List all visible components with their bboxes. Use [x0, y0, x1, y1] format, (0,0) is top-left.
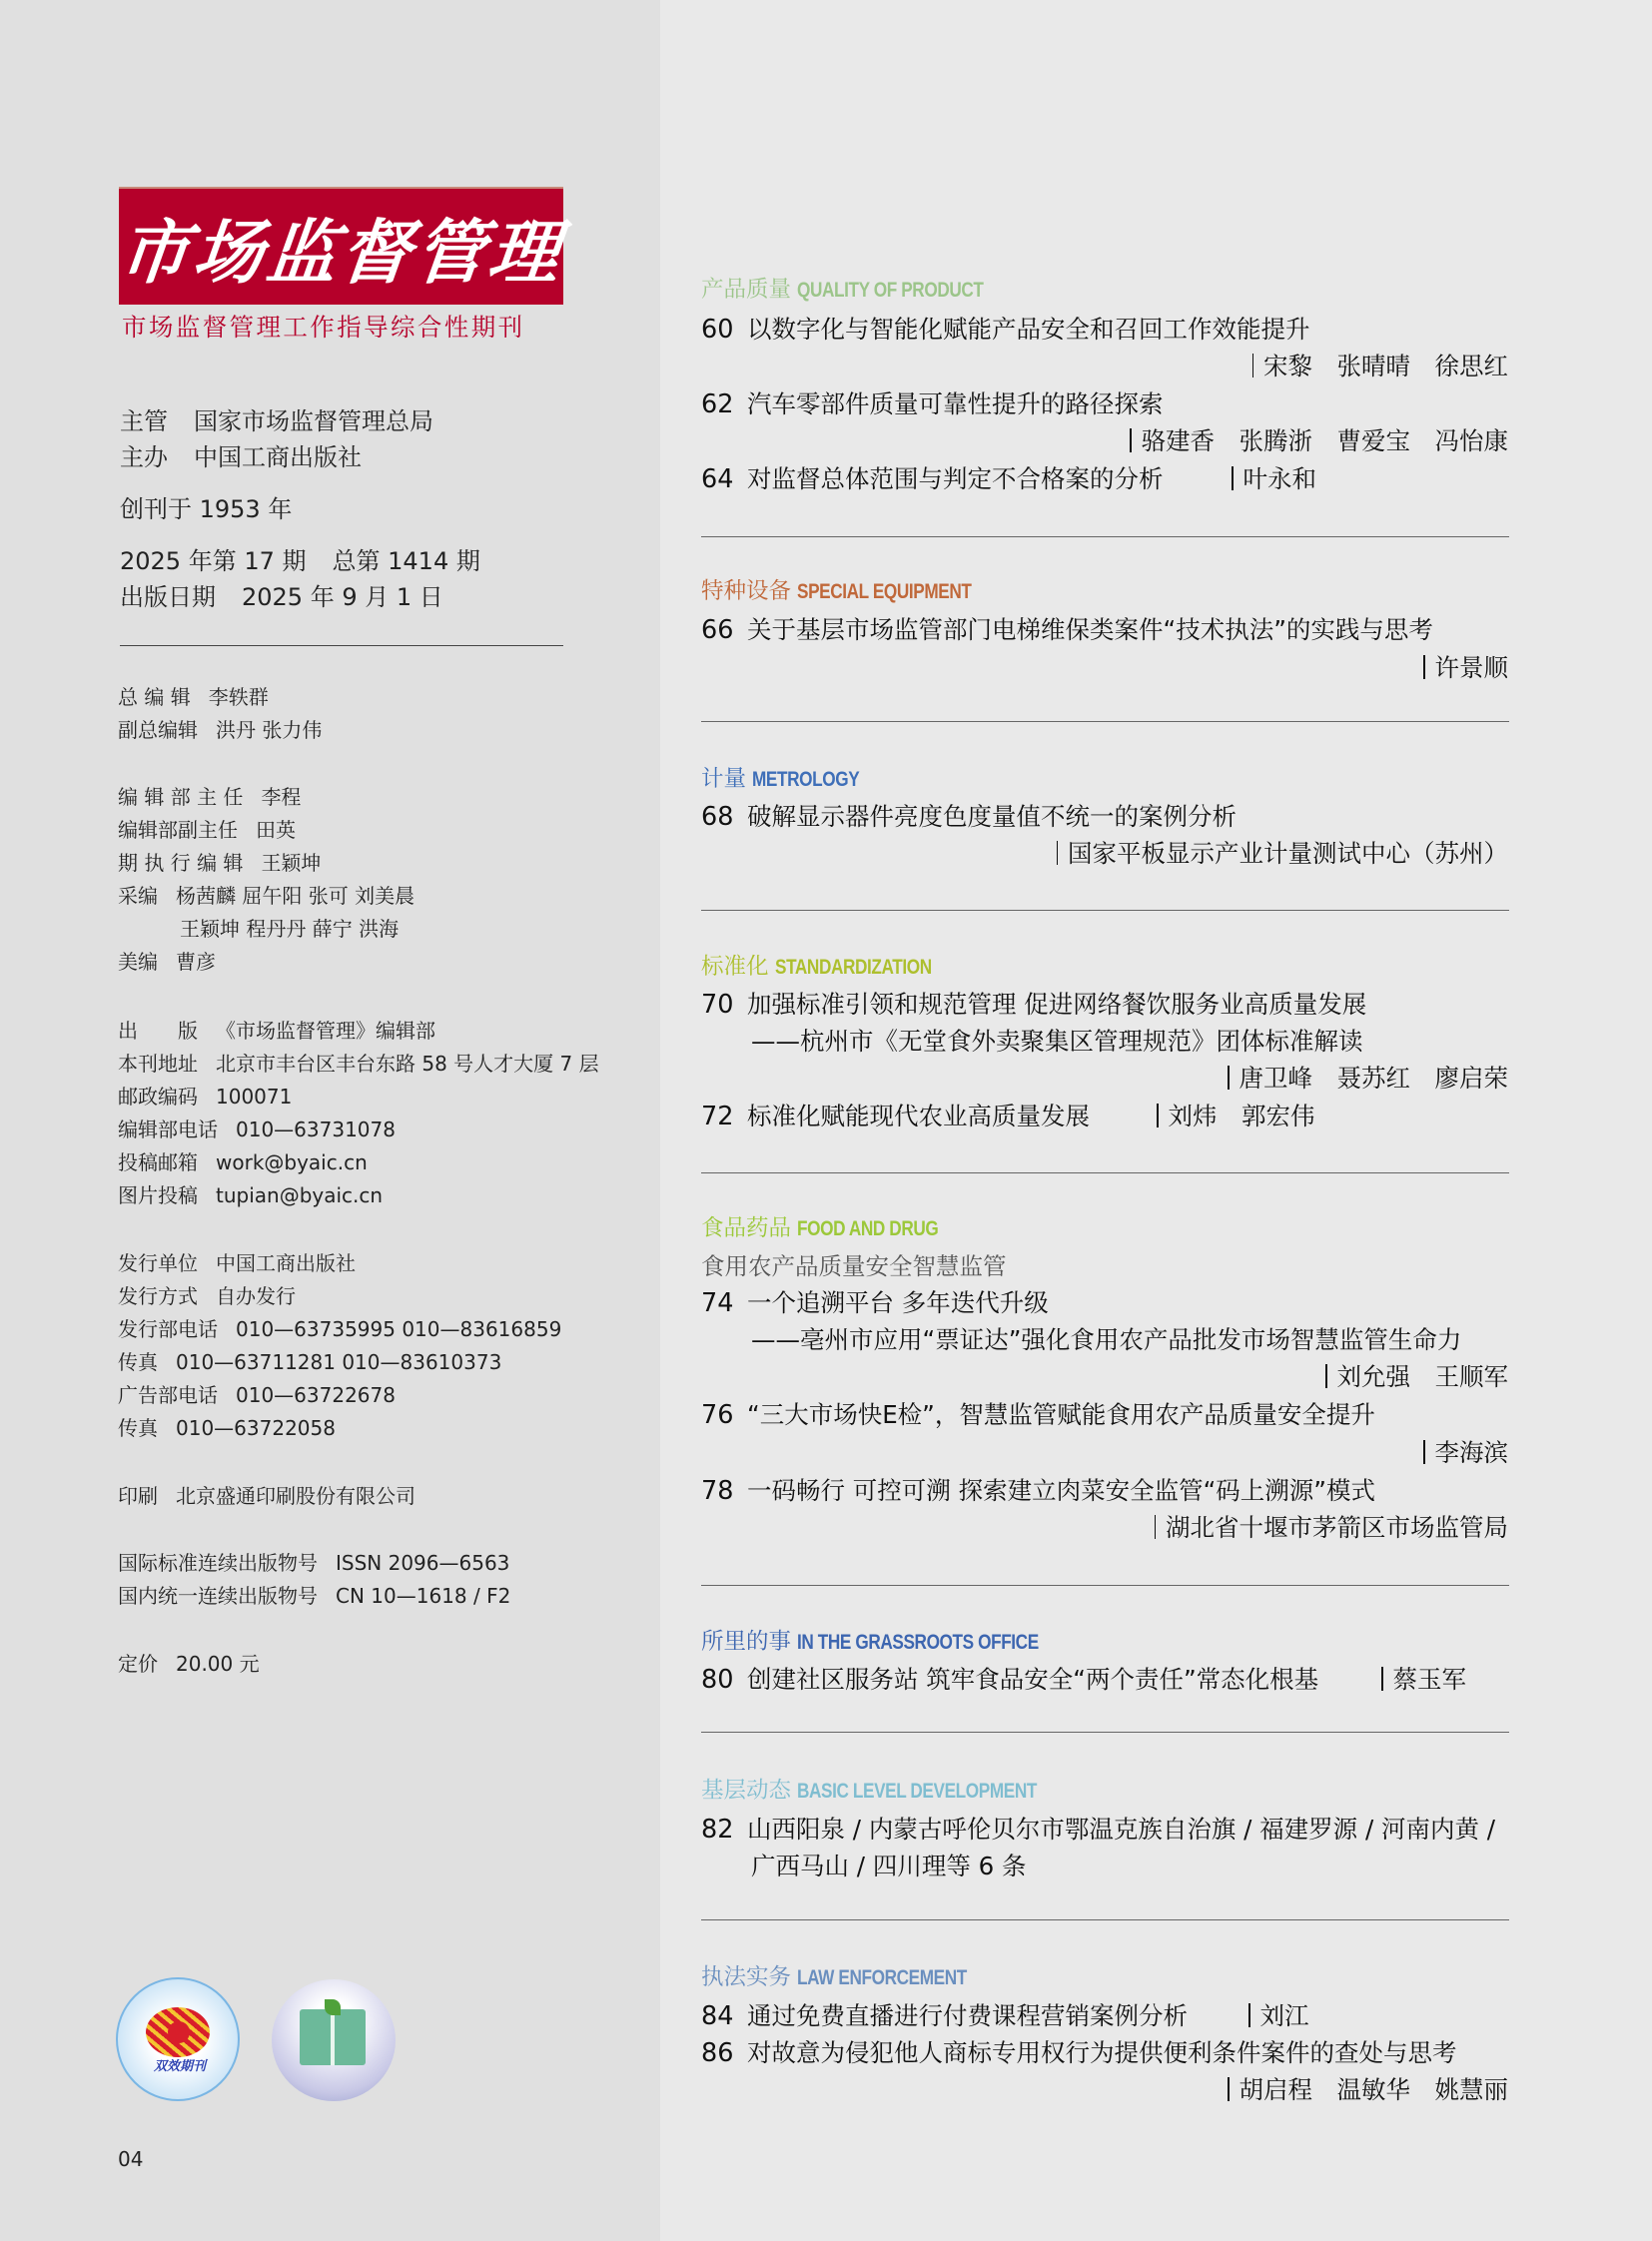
issn-row: 国际标准连续出版物号ISSN 2096—6563	[118, 1547, 509, 1580]
distribution-row: 传真010—63722058	[118, 1412, 336, 1445]
staff-row: 编 辑 部 主 任李程	[118, 781, 301, 814]
toc-entry[interactable]: 80创建社区服务站 筑牢食品安全“两个责任”常态化根基	[701, 1661, 1318, 1696]
label: 编辑部电话	[118, 1114, 218, 1146]
photo-email-link[interactable]: tupian@byaic.cn	[216, 1179, 383, 1212]
article-title: 通过免费直播进行付费课程营销案例分析	[747, 2001, 1188, 2030]
section-heading-law-enforcement: 执法实务LAW ENFORCEMENT	[701, 1959, 1004, 1991]
page-ref: 74	[701, 1288, 747, 1318]
value: 北京市丰台区丰台东路 58 号人才大厦 7 层	[216, 1048, 599, 1081]
role: 采编	[118, 880, 158, 913]
article-authors: 刘允强 王顺军	[1325, 1358, 1508, 1393]
sponsor-value: 中国工商出版社	[194, 443, 362, 471]
section-divider	[701, 1919, 1509, 1920]
pub-date-line: 出版日期2025 年 9 月 1 日	[120, 579, 443, 615]
cn-row: 国内统一连续出版物号CN 10—1618 / F2	[118, 1580, 510, 1613]
names: 王颖坤 程丹丹 薛宁 洪海	[180, 913, 399, 946]
separator	[1252, 354, 1254, 377]
page-ref: 62	[701, 389, 747, 419]
authors: 湖北省十堰市茅箭区市场监管局	[1166, 1513, 1508, 1542]
article-title: 汽车零部件质量可靠性提升的路径探索	[747, 389, 1164, 418]
section-en: METROLOGY	[752, 768, 859, 792]
value: 中国工商出版社	[216, 1247, 356, 1280]
value: 010—63731078	[236, 1114, 396, 1146]
authors: 国家平板显示产业计量测试中心（苏州）	[1068, 839, 1508, 868]
article-authors: 骆建香 张腾浙 曹爱宝 冯怡康	[1130, 422, 1508, 457]
pub-date-label: 出版日期	[120, 583, 216, 611]
section-en: QUALITY OF PRODUCT	[797, 279, 984, 303]
section-divider	[701, 910, 1509, 911]
names: 杨茜麟 屈午阳 张可 刘美晨	[176, 880, 414, 913]
label: 发行方式	[118, 1280, 198, 1313]
section-heading-basic-level: 基层动态BASIC LEVEL DEVELOPMENT	[701, 1773, 1090, 1805]
separator	[1157, 1104, 1159, 1127]
separator	[1381, 1667, 1383, 1691]
separator	[1130, 428, 1132, 452]
article-authors: 胡启程 温敏华 姚慧丽	[1228, 2071, 1508, 2106]
value: 自办发行	[216, 1280, 296, 1313]
section-heading-food-drug: 食品药品FOOD AND DRUG	[701, 1210, 969, 1242]
section-zh: 基层动态	[701, 1778, 791, 1804]
section-en: FOOD AND DRUG	[797, 1217, 938, 1241]
authors: 蔡玉军	[1393, 1665, 1467, 1694]
role: 期 执 行 编 辑	[118, 847, 243, 880]
section-heading-special-equipment: 特种设备SPECIAL EQUIPMENT	[701, 573, 1010, 605]
label: 定价	[118, 1648, 158, 1681]
divider	[120, 645, 563, 646]
pub-date: 2025 年 9 月 1 日	[242, 583, 443, 611]
section-zh: 特种设备	[701, 578, 791, 604]
page-ref: 72	[701, 1102, 747, 1131]
authors: 刘允强 王顺军	[1337, 1362, 1509, 1391]
section-divider	[701, 1172, 1509, 1173]
value: CN 10—1618 / F2	[336, 1580, 510, 1613]
names: 曹彦	[176, 946, 216, 979]
article-authors: 国家平板显示产业计量测试中心（苏州）	[1057, 835, 1509, 870]
article-title: 加强标准引领和规范管理 促进网络餐饮服务业高质量发展	[747, 990, 1366, 1019]
logo-subtitle: 市场监督管理工作指导综合性期刊	[122, 309, 563, 344]
open-book-icon	[300, 2009, 366, 2065]
separator	[1248, 2003, 1250, 2027]
staff-row: 采编杨茜麟 屈午阳 张可 刘美晨	[118, 880, 414, 913]
issue: 2025 年第 17 期	[120, 547, 307, 575]
price-row: 定价20.00 元	[118, 1648, 260, 1681]
authors: 唐卫峰 聂苏红 廖启荣	[1239, 1064, 1509, 1093]
page-number: 04	[118, 2147, 143, 2171]
national-journal-award-badge-icon	[272, 1979, 396, 2101]
label: 传真	[118, 1412, 158, 1445]
page-ref: 86	[701, 2038, 747, 2068]
contact-row: 邮政编码100071	[118, 1081, 292, 1114]
separator	[1228, 1066, 1230, 1090]
label: 邮政编码	[118, 1081, 198, 1114]
value: 北京盛通印刷股份有限公司	[176, 1480, 415, 1513]
founded: 创刊于 1953 年	[120, 491, 292, 527]
section-en: LAW ENFORCEMENT	[797, 1966, 967, 1990]
toc-entry[interactable]: 62汽车零部件质量可靠性提升的路径探索	[701, 385, 1164, 420]
article-title: 破解显示器件亮度色度量值不统一的案例分析	[747, 802, 1237, 831]
label: 投稿邮箱	[118, 1146, 198, 1179]
editor-chief: 总 编 辑李轶群	[118, 681, 269, 714]
sponsor-label: 主办	[120, 443, 168, 471]
value: 010—63722678	[236, 1379, 396, 1412]
label: 传真	[118, 1346, 158, 1379]
section-heading-grassroots-office: 所里的事IN THE GRASSROOTS OFFICE	[701, 1624, 1092, 1656]
section-zh: 产品质量	[701, 277, 791, 303]
section-heading-metrology: 计量METROLOGY	[701, 761, 883, 793]
logo-title: 市场监督管理	[114, 197, 568, 298]
separator	[1423, 1440, 1425, 1464]
article-title: 创建社区服务站 筑牢食品安全“两个责任”常态化根基	[747, 1665, 1318, 1694]
article-title: 对监督总体范围与判定不合格案的分析	[747, 464, 1164, 493]
page-ref: 60	[701, 315, 747, 345]
contact-row: 编辑部电话010—63731078	[118, 1114, 396, 1146]
distribution-row: 广告部电话010—63722678	[118, 1379, 396, 1412]
staff-row: 美编曹彦	[118, 946, 216, 979]
editor-deputy: 副总编辑洪丹 张力伟	[118, 714, 322, 747]
page-ref: 84	[701, 2001, 747, 2031]
toc-entry[interactable]: 68破解显示器件亮度色度量值不统一的案例分析	[701, 798, 1237, 833]
role: 副总编辑	[118, 714, 198, 747]
distribution-row: 发行单位中国工商出版社	[118, 1247, 356, 1280]
page-ref: 80	[701, 1665, 747, 1695]
toc-entry[interactable]: 60以数字化与智能化赋能产品安全和召回工作效能提升	[701, 311, 1310, 346]
section-heading-standardization: 标准化STANDARDIZATION	[701, 949, 966, 981]
label: 广告部电话	[118, 1379, 218, 1412]
article-authors: 刘炜 郭宏伟	[1157, 1098, 1315, 1132]
label: 图片投稿	[118, 1179, 198, 1212]
toc-entry[interactable]: 84通过免费直播进行付费课程营销案例分析	[701, 1997, 1188, 2032]
authors: 宋黎 张晴晴 徐思红	[1263, 352, 1508, 380]
article-authors: 宋黎 张晴晴 徐思红	[1252, 348, 1509, 382]
article-authors: 蔡玉军	[1381, 1661, 1466, 1696]
article-title: “三大市场快E检”，智慧监管赋能食用农产品质量安全提升	[747, 1400, 1375, 1429]
article-title: 山西阳泉 / 内蒙古呼伦贝尔市鄂温克族自治旗 / 福建罗源 / 河南内黄 /	[747, 1815, 1495, 1844]
separator	[1155, 1515, 1157, 1539]
section-divider	[701, 721, 1509, 722]
staff-row: 王颖坤 程丹丹 薛宁 洪海	[180, 913, 399, 946]
toc-entry[interactable]: 64对监督总体范围与判定不合格案的分析	[701, 460, 1164, 495]
contact-row: 投稿邮箱work@byaic.cn	[118, 1146, 368, 1179]
article-authors: 刘江	[1248, 1997, 1309, 2032]
label: 发行部电话	[118, 1313, 218, 1346]
supervisor-value: 国家市场监督管理总局	[194, 407, 433, 435]
role: 总 编 辑	[118, 681, 191, 714]
article-title: 关于基层市场监管部门电梯维保类案件“技术执法”的实践与思考	[747, 615, 1433, 644]
staff-row: 期 执 行 编 辑王颖坤	[118, 847, 321, 880]
separator	[1325, 1364, 1327, 1388]
toc-entry[interactable]: 70加强标准引领和规范管理 促进网络餐饮服务业高质量发展	[701, 986, 1366, 1021]
section-zh: 计量	[701, 766, 746, 792]
names: 王颖坤	[261, 847, 321, 880]
contact-row: 图片投稿tupian@byaic.cn	[118, 1179, 383, 1212]
article-title: 以数字化与智能化赋能产品安全和召回工作效能提升	[747, 315, 1310, 344]
distribution-row: 发行部电话010—63735995 010—83616859	[118, 1313, 561, 1346]
names: 洪丹 张力伟	[216, 714, 322, 747]
authors: 李海滨	[1435, 1438, 1509, 1467]
value: 20.00 元	[176, 1648, 260, 1681]
article-authors: 湖北省十堰市茅箭区市场监管局	[1155, 1509, 1509, 1544]
label: 本刊地址	[118, 1048, 198, 1081]
section-en: IN THE GRASSROOTS OFFICE	[797, 1631, 1039, 1655]
authors: 刘炜 郭宏伟	[1169, 1102, 1315, 1130]
label: 印刷	[118, 1480, 158, 1513]
value: 《市场监督管理》编辑部	[216, 1015, 435, 1048]
printer-row: 印刷北京盛通印刷股份有限公司	[118, 1480, 415, 1513]
supervisor-line: 主管国家市场监督管理总局	[120, 403, 433, 439]
magazine-logo: 市场监督管理	[119, 187, 563, 305]
article-authors: 许景顺	[1423, 649, 1508, 684]
article-subtitle: ——亳州市应用“票证达”强化食用农产品批发市场智慧监管生命力	[751, 1321, 1461, 1356]
role: 编辑部副主任	[118, 814, 238, 847]
authors: 叶永和	[1243, 464, 1317, 493]
toc-entry[interactable]: 66关于基层市场监管部门电梯维保类案件“技术执法”的实践与思考	[701, 611, 1433, 646]
label: 国内统一连续出版物号	[118, 1580, 318, 1613]
toc-entry[interactable]: 78一码畅行 可控可溯 探索建立肉菜安全监管“码上溯源”模式	[701, 1472, 1375, 1507]
article-title: 对故意为侵犯他人商标专用权行为提供便利条件案件的查处与思考	[747, 2038, 1457, 2067]
supervisor-label: 主管	[120, 407, 168, 435]
subsection-heading: 食用农产品质量安全智慧监管	[701, 1247, 1007, 1281]
value: 010—63722058	[176, 1412, 336, 1445]
separator	[1057, 841, 1059, 865]
article-title: 一码畅行 可控可溯 探索建立肉菜安全监管“码上溯源”模式	[747, 1476, 1375, 1505]
section-zh: 食品药品	[701, 1215, 791, 1241]
value: 010—63735995 010—83616859	[236, 1313, 561, 1346]
section-en: STANDARDIZATION	[775, 956, 932, 980]
sponsor-line: 主办中国工商出版社	[120, 439, 362, 475]
page-ref: 66	[701, 615, 747, 645]
article-title: 标准化赋能现代农业高质量发展	[747, 1102, 1090, 1130]
article-authors: 唐卫峰 聂苏红 廖启荣	[1228, 1060, 1508, 1095]
separator	[1228, 2077, 1230, 2101]
section-heading-quality: 产品质量QUALITY OF PRODUCT	[701, 272, 1024, 304]
separator	[1232, 466, 1234, 490]
sprout-icon	[325, 1999, 341, 2015]
label: 国际标准连续出版物号	[118, 1547, 318, 1580]
toc-entry[interactable]: 74一个追溯平台 多年迭代升级	[701, 1284, 1049, 1319]
toc-entry[interactable]: 82山西阳泉 / 内蒙古呼伦贝尔市鄂温克族自治旗 / 福建罗源 / 河南内黄 /	[701, 1811, 1495, 1846]
value: 010—63711281 010—83610373	[176, 1346, 501, 1379]
badge-label: 双效期刊	[118, 2055, 242, 2074]
names: 李轶群	[209, 681, 269, 714]
section-zh: 所里的事	[701, 1629, 791, 1655]
section-en: BASIC LEVEL DEVELOPMENT	[797, 1780, 1037, 1804]
toc-entry[interactable]: 76“三大市场快E检”，智慧监管赋能食用农产品质量安全提升	[701, 1396, 1375, 1431]
role: 编 辑 部 主 任	[118, 781, 243, 814]
toc-entry[interactable]: 72标准化赋能现代农业高质量发展	[701, 1098, 1090, 1132]
contact-row: 出 版《市场监督管理》编辑部	[118, 1015, 435, 1048]
label: 出 版	[118, 1015, 198, 1048]
emblem-center	[168, 2021, 190, 2043]
authors: 胡启程 温敏华 姚慧丽	[1239, 2075, 1509, 2104]
toc-entry[interactable]: 86对故意为侵犯他人商标专用权行为提供便利条件案件的查处与思考	[701, 2034, 1457, 2069]
section-zh: 执法实务	[701, 1964, 791, 1990]
contact-row: 本刊地址北京市丰台区丰台东路 58 号人才大厦 7 层	[118, 1048, 599, 1081]
label: 发行单位	[118, 1247, 198, 1280]
submission-email-link[interactable]: work@byaic.cn	[216, 1146, 368, 1179]
separator	[1423, 655, 1425, 679]
staff-row: 编辑部副主任田英	[118, 814, 296, 847]
issue-line: 2025 年第 17 期总第 1414 期	[120, 543, 480, 579]
article-subtitle: ——杭州市《无堂食外卖聚集区管理规范》团体标准解读	[751, 1023, 1363, 1058]
value: 100071	[216, 1081, 292, 1114]
distribution-row: 发行方式自办发行	[118, 1280, 296, 1313]
value: ISSN 2096—6563	[336, 1547, 509, 1580]
page-ref: 82	[701, 1815, 747, 1845]
authors: 许景顺	[1435, 653, 1509, 682]
section-en: SPECIAL EQUIPMENT	[797, 580, 972, 604]
role: 美编	[118, 946, 158, 979]
total-issue: 总第 1414 期	[333, 547, 480, 575]
page-ref: 68	[701, 802, 747, 832]
section-divider	[701, 536, 1509, 537]
names: 李程	[261, 781, 301, 814]
authors: 骆建香 张腾浙 曹爱宝 冯怡康	[1142, 426, 1509, 455]
article-authors: 李海滨	[1423, 1434, 1508, 1469]
section-zh: 标准化	[701, 954, 769, 980]
section-divider	[701, 1585, 1509, 1586]
page-ref: 78	[701, 1476, 747, 1506]
page-ref: 70	[701, 990, 747, 1020]
distribution-row: 传真010—63711281 010—83610373	[118, 1346, 501, 1379]
article-title: 一个追溯平台 多年迭代升级	[747, 1288, 1049, 1317]
page-ref: 76	[701, 1400, 747, 1430]
authors: 刘江	[1260, 2001, 1309, 2030]
section-divider	[701, 1732, 1509, 1733]
names: 田英	[256, 814, 296, 847]
article-subtitle: 广西马山 / 四川理等 6 条	[751, 1848, 1027, 1882]
page-ref: 64	[701, 464, 747, 494]
article-authors: 叶永和	[1232, 460, 1316, 495]
double-effect-journal-badge-icon: 双效期刊	[116, 1977, 240, 2101]
